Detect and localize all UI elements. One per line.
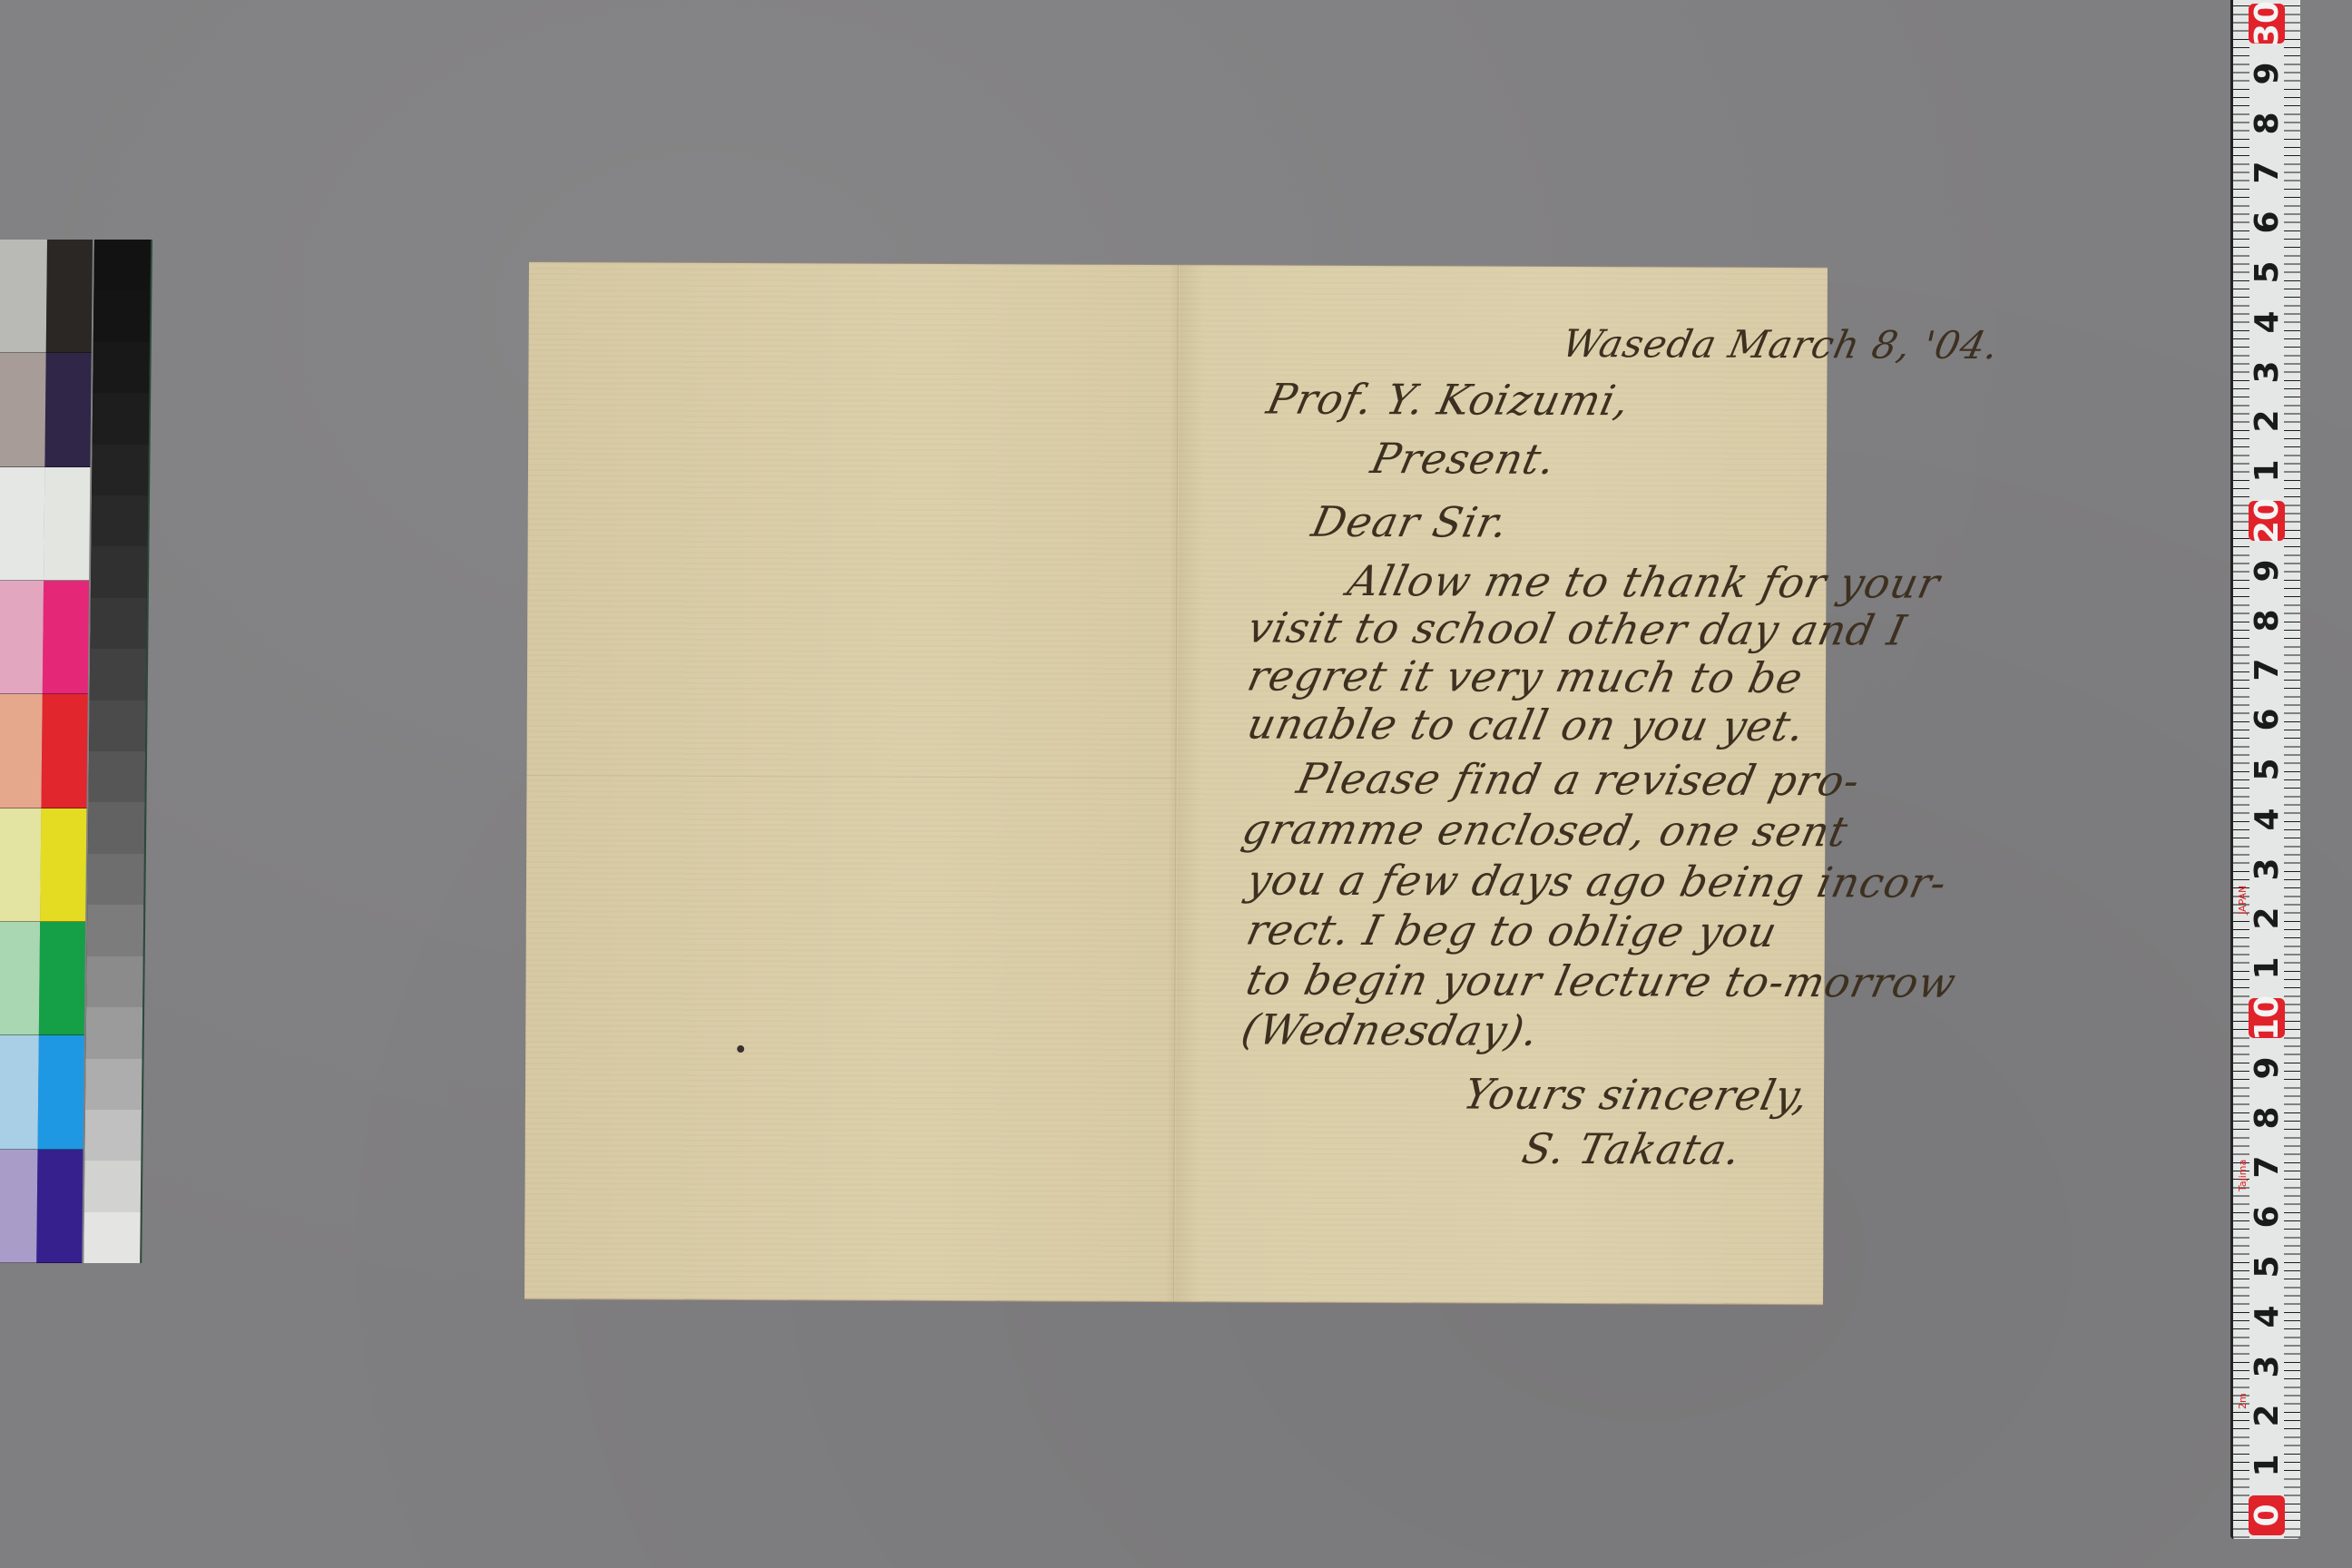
ruler-mark: 9	[2249, 56, 2285, 91]
color-chart-column-saturated	[36, 240, 93, 1263]
ruler-mark: 3	[2249, 1349, 2285, 1384]
gray-step	[93, 393, 150, 444]
ruler-mark: 2	[2249, 1398, 2285, 1433]
color-patch	[43, 581, 89, 694]
color-patch	[0, 694, 43, 808]
closing: Yours sincerely,	[1459, 1070, 1814, 1121]
ruler-mark: 10	[2249, 998, 2285, 1038]
letter-sheet: Waseda March 8, '04. Prof. Y. Koizumi, P…	[524, 262, 1828, 1304]
body-line: Please find a revised pro-	[1293, 754, 1865, 806]
gray-step	[92, 445, 149, 495]
gray-step	[87, 905, 144, 955]
gray-step	[83, 1212, 141, 1263]
body-line: unable to call on you yet.	[1243, 699, 1810, 750]
signature: S. Takata.	[1518, 1124, 1746, 1174]
grayscale-step-wedge	[83, 240, 151, 1263]
gray-step	[86, 956, 143, 1007]
ruler-mark: 6	[2249, 1200, 2285, 1234]
handwritten-letter: Waseda March 8, '04. Prof. Y. Koizumi, P…	[524, 262, 1828, 1304]
ruler-mark: 2	[2249, 404, 2285, 438]
ruler-mark: 8	[2249, 603, 2285, 638]
ruler-length-label: 2m	[2237, 1393, 2249, 1409]
gray-step	[91, 495, 148, 546]
ruler-mark: 9	[2249, 554, 2285, 588]
color-patch	[0, 1035, 39, 1149]
color-patch	[39, 922, 85, 1035]
ruler-mark: 7	[2249, 652, 2285, 687]
color-patch	[36, 1150, 83, 1263]
ruler-mark: 2	[2249, 901, 2285, 936]
gray-step	[90, 649, 147, 700]
gray-step	[93, 240, 151, 290]
ruler-mark: 6	[2249, 205, 2285, 240]
color-calibration-chart	[0, 240, 152, 1263]
body-line: Allow me to thank for your	[1344, 556, 1945, 608]
ruler-mark: 1	[2249, 1448, 2285, 1483]
color-patch	[41, 694, 87, 808]
ruler-mark: 9	[2249, 1051, 2285, 1085]
body-line: (Wednesday).	[1237, 1004, 1543, 1054]
body-line: rect. I beg to oblige you	[1242, 905, 1782, 955]
ruler-mark: 7	[2249, 155, 2285, 190]
ruler-mark: 8	[2249, 1101, 2285, 1135]
ruler-mark: 4	[2249, 1299, 2285, 1334]
color-patch	[44, 467, 90, 581]
gray-step	[84, 1110, 142, 1161]
ruler-mark: 5	[2249, 1249, 2285, 1284]
ruler-mark: 30	[2249, 4, 2285, 44]
body-line: visit to school other day and I	[1243, 603, 1911, 654]
gray-step	[87, 854, 144, 905]
color-patch	[46, 240, 93, 353]
ruler-mark: 5	[2249, 255, 2285, 289]
ruler-mark: 3	[2249, 355, 2285, 389]
gray-step	[88, 802, 145, 853]
gray-step	[85, 1059, 142, 1110]
ruler-mark: 8	[2249, 106, 2285, 141]
color-patch	[0, 581, 44, 694]
gray-step	[84, 1161, 142, 1211]
body-line: to begin your lecture to-morrow	[1242, 955, 1961, 1006]
measuring-tape: JAPAN Tajima 2m 309876543212098765432110…	[2230, 0, 2300, 1539]
ruler-mark: 4	[2249, 802, 2285, 837]
gray-step	[91, 546, 148, 597]
color-patch	[40, 808, 86, 922]
greeting: Dear Sir.	[1308, 497, 1514, 547]
gray-step	[89, 751, 146, 802]
ruler-mark: 5	[2249, 752, 2285, 787]
body-line: gramme enclosed, one sent	[1238, 804, 1852, 856]
color-patch	[0, 240, 47, 353]
color-patch	[38, 1035, 84, 1149]
addressee-place: Present.	[1367, 434, 1560, 484]
body-line: you a few days ago being incor-	[1242, 855, 1952, 906]
addressee-name: Prof. Y. Koizumi,	[1262, 375, 1634, 426]
color-patch	[0, 922, 40, 1035]
dateline: Waseda March 8, '04.	[1558, 321, 2004, 367]
color-patch	[44, 353, 91, 466]
gray-step	[86, 1007, 143, 1058]
ruler-country-label: JAPAN	[2237, 886, 2249, 915]
ruler-mark: 0	[2249, 1495, 2285, 1535]
ruler-mark: 3	[2249, 852, 2285, 887]
body-line: regret it very much to be	[1243, 651, 1808, 702]
color-patch	[0, 808, 41, 922]
ruler-mark: 7	[2249, 1150, 2285, 1184]
color-patch	[0, 467, 44, 581]
gray-step	[90, 598, 147, 649]
ruler-mark: 1	[2249, 454, 2285, 488]
gray-step	[93, 290, 151, 341]
ruler-mark: 4	[2249, 305, 2285, 339]
gray-step	[89, 701, 146, 751]
ruler-mark: 6	[2249, 702, 2285, 737]
ruler-mark: 20	[2249, 501, 2285, 541]
ruler-mark: 1	[2249, 951, 2285, 985]
color-patch	[0, 353, 46, 466]
gray-step	[93, 342, 150, 393]
color-patch	[0, 1150, 38, 1263]
ruler-brand-label: Tajima	[2237, 1160, 2249, 1191]
